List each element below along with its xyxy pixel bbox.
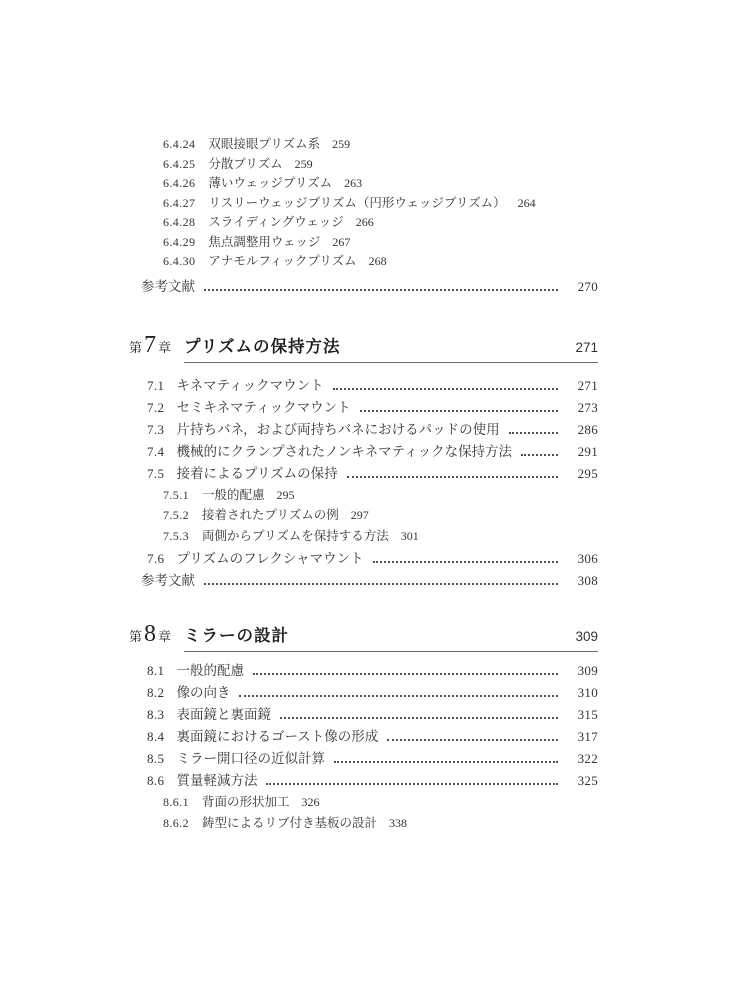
toc-section-number: 8.5 bbox=[147, 748, 164, 770]
toc-section-title: 像の向き bbox=[176, 682, 230, 704]
toc-section-row: 7.1 キネマティックマウント 271 bbox=[129, 375, 598, 397]
dotted-leader bbox=[271, 704, 568, 726]
chapter-page: 309 bbox=[575, 629, 598, 644]
toc-section-title: 接着によるプリズムの保持 bbox=[176, 463, 337, 485]
toc-section-row: 8.1 一般的配慮 309 bbox=[129, 660, 598, 682]
toc-subsection-number: 8.6.2 bbox=[163, 813, 189, 834]
toc-subsection-row: 7.5.2 接着されたプリズムの例 297 bbox=[129, 505, 598, 526]
toc-section-title: 片持ちバネ，および両持ちバネにおけるパッドの使用 bbox=[176, 419, 499, 441]
toc-subsection-page: 263 bbox=[344, 174, 362, 194]
toc-references-page: 308 bbox=[568, 570, 598, 592]
toc-section-number: 8.2 bbox=[147, 682, 164, 704]
toc-subsection-number: 6.4.28 bbox=[163, 213, 195, 233]
toc-section-row: 7.6 プリズムのフレクシャマウント 306 bbox=[129, 548, 598, 570]
toc-subsection-row: 8.6.1 背面の形状加工 326 bbox=[129, 792, 598, 813]
toc-section-row: 7.5 接着によるプリズムの保持 295 bbox=[129, 463, 598, 485]
dotted-leader bbox=[195, 570, 568, 592]
toc-subsection-title: リスリーウェッジプリズム（円形ウェッジプリズム） bbox=[208, 194, 505, 214]
toc-section-title: 一般的配慮 bbox=[176, 660, 244, 682]
toc-subsection-title: 分散プリズム bbox=[208, 155, 282, 175]
toc-section-page: 322 bbox=[568, 748, 598, 770]
toc-section-title: ミラー開口径の近似計算 bbox=[176, 748, 325, 770]
toc-section-page: 271 bbox=[568, 375, 598, 397]
toc-subsection-page: 295 bbox=[277, 485, 295, 506]
toc-section-page: 291 bbox=[568, 441, 598, 463]
toc-subsection-row: 7.5.1 一般的配慮 295 bbox=[129, 485, 598, 506]
toc-subsection-number: 7.5.3 bbox=[163, 526, 189, 547]
toc-subsection-row: 6.4.29 焦点調整用ウェッジ 267 bbox=[129, 233, 598, 253]
chapter-title: プリズムの保持方法 bbox=[184, 333, 341, 357]
toc-section-page: 306 bbox=[568, 548, 598, 570]
toc-section-number: 7.1 bbox=[147, 375, 164, 397]
toc-subsection-page: 301 bbox=[401, 526, 419, 547]
toc-subsection-page: 268 bbox=[369, 252, 387, 272]
toc-subsection-number: 6.4.29 bbox=[163, 233, 195, 253]
toc-section-number: 7.6 bbox=[147, 548, 164, 570]
toc-subsection-title: アナモルフィックプリズム bbox=[208, 252, 356, 272]
chapter-marker-pre: 第 bbox=[129, 626, 142, 645]
toc-section-row: 8.6 質量軽減方法 325 bbox=[129, 770, 598, 792]
toc-subsection-row: 6.4.27 リスリーウェッジプリズム（円形ウェッジプリズム） 264 bbox=[129, 194, 598, 214]
toc-section-title: キネマティックマウント bbox=[176, 375, 323, 397]
toc-subsection-title: 背面の形状加工 bbox=[202, 792, 290, 813]
toc-section-row: 8.5 ミラー開口径の近似計算 322 bbox=[129, 748, 598, 770]
toc-section-title: 機械的にクランプされたノンキネマティックな保持方法 bbox=[176, 441, 512, 463]
chapter-marker-post: 章 bbox=[158, 626, 171, 645]
toc-references-page: 270 bbox=[568, 276, 598, 298]
toc-section-page: 317 bbox=[568, 726, 598, 748]
dotted-leader bbox=[378, 726, 568, 748]
chapter-number: 7 bbox=[144, 330, 156, 360]
toc-subsection-number: 6.4.26 bbox=[163, 174, 195, 194]
toc-section-number: 8.6 bbox=[147, 770, 164, 792]
dotted-leader bbox=[500, 419, 568, 441]
dotted-leader bbox=[244, 660, 568, 682]
toc-section-row: 7.4 機械的にクランプされたノンキネマティックな保持方法 291 bbox=[129, 441, 598, 463]
toc-subsection-title: 双眼接眼プリズム系 bbox=[208, 135, 320, 155]
toc-section-title: プリズムのフレクシャマウント bbox=[176, 548, 363, 570]
toc-section-number: 8.3 bbox=[147, 704, 164, 726]
chapter-number: 8 bbox=[144, 619, 156, 649]
dotted-leader bbox=[324, 375, 568, 397]
toc-subsection-title: スライディングウェッジ bbox=[208, 213, 343, 233]
toc-section-row: 8.2 像の向き 310 bbox=[129, 682, 598, 704]
toc-subsection-title: 一般的配慮 bbox=[202, 485, 265, 506]
toc-section-title: 裏面鏡におけるゴースト像の形成 bbox=[176, 726, 378, 748]
toc-subsection-title: 接着されたプリズムの例 bbox=[202, 505, 339, 526]
toc-subsection-page: 267 bbox=[332, 233, 350, 253]
toc-section-row: 8.4 裏面鏡におけるゴースト像の形成 317 bbox=[129, 726, 598, 748]
toc-section-page: 295 bbox=[568, 463, 598, 485]
chapter-heading: 第 8 章 ミラーの設計 309 bbox=[129, 619, 598, 652]
toc-subsection-page: 259 bbox=[332, 135, 350, 155]
toc-section-title: 表面鏡と裏面鏡 bbox=[176, 704, 271, 726]
toc-subsection-title: 鋳型によるリブ付き基板の設計 bbox=[202, 813, 377, 834]
toc-section-page: 273 bbox=[568, 397, 598, 419]
toc-subsection-number: 6.4.27 bbox=[163, 194, 195, 214]
dotted-leader bbox=[364, 548, 568, 570]
toc-section-page: 315 bbox=[568, 704, 598, 726]
toc-subsection-number: 6.4.30 bbox=[163, 252, 195, 272]
toc-section-page: 325 bbox=[568, 770, 598, 792]
chapter-marker-pre: 第 bbox=[129, 337, 142, 356]
toc-section-page: 286 bbox=[568, 419, 598, 441]
toc-section-number: 7.4 bbox=[147, 441, 164, 463]
dotted-leader bbox=[257, 770, 568, 792]
toc-column: 6.4.24 双眼接眼プリズム系 259 6.4.25 分散プリズム 259 6… bbox=[129, 0, 598, 833]
dotted-leader bbox=[325, 748, 568, 770]
chapter-page: 271 bbox=[575, 340, 598, 355]
toc-subsection-row: 6.4.26 薄いウェッジプリズム 263 bbox=[129, 174, 598, 194]
toc-page: 6.4.24 双眼接眼プリズム系 259 6.4.25 分散プリズム 259 6… bbox=[0, 0, 730, 1000]
toc-references-row: 参考文献 270 bbox=[129, 276, 598, 298]
toc-subsection-number: 7.5.2 bbox=[163, 505, 189, 526]
chapter-title-rule: ミラーの設計 309 bbox=[184, 622, 598, 652]
toc-section-row: 7.3 片持ちバネ，および両持ちバネにおけるパッドの使用 286 bbox=[129, 419, 598, 441]
toc-subsection-page: 264 bbox=[518, 194, 536, 214]
dotted-leader bbox=[512, 441, 568, 463]
toc-subsection-row: 6.4.25 分散プリズム 259 bbox=[129, 155, 598, 175]
toc-section-page: 309 bbox=[568, 660, 598, 682]
toc-subsection-row: 6.4.28 スライディングウェッジ 266 bbox=[129, 213, 598, 233]
toc-subsection-row: 6.4.30 アナモルフィックプリズム 268 bbox=[129, 252, 598, 272]
toc-section-title: セミキネマティックマウント bbox=[176, 397, 350, 419]
dotted-leader bbox=[338, 463, 568, 485]
dotted-leader bbox=[195, 276, 568, 298]
toc-subsection-row: 7.5.3 両側からプリズムを保持する方法 301 bbox=[129, 526, 598, 547]
toc-references-row: 参考文献 308 bbox=[129, 570, 598, 592]
chapter-title: ミラーの設計 bbox=[184, 622, 289, 646]
toc-subsection-page: 266 bbox=[356, 213, 374, 233]
dotted-leader bbox=[230, 682, 568, 704]
toc-section-number: 8.4 bbox=[147, 726, 164, 748]
toc-section-row: 7.2 セミキネマティックマウント 273 bbox=[129, 397, 598, 419]
toc-subsection-title: 焦点調整用ウェッジ bbox=[208, 233, 320, 253]
chapter-heading: 第 7 章 プリズムの保持方法 271 bbox=[129, 330, 598, 363]
toc-section-row: 8.3 表面鏡と裏面鏡 315 bbox=[129, 704, 598, 726]
chapter-title-rule: プリズムの保持方法 271 bbox=[184, 333, 598, 363]
toc-section-number: 7.3 bbox=[147, 419, 164, 441]
toc-section-page: 310 bbox=[568, 682, 598, 704]
toc-subsection-page: 338 bbox=[389, 813, 407, 834]
dotted-leader bbox=[351, 397, 568, 419]
toc-subsection-row: 8.6.2 鋳型によるリブ付き基板の設計 338 bbox=[129, 813, 598, 834]
toc-subsection-row: 6.4.24 双眼接眼プリズム系 259 bbox=[129, 135, 598, 155]
toc-references-label: 参考文献 bbox=[141, 570, 195, 592]
toc-subsection-page: 297 bbox=[351, 505, 369, 526]
toc-subsection-number: 8.6.1 bbox=[163, 792, 189, 813]
toc-section-title: 質量軽減方法 bbox=[176, 770, 257, 792]
toc-subsection-title: 薄いウェッジプリズム bbox=[208, 174, 332, 194]
toc-section-number: 8.1 bbox=[147, 660, 164, 682]
toc-subsection-number: 6.4.24 bbox=[163, 135, 195, 155]
toc-section-number: 7.2 bbox=[147, 397, 164, 419]
toc-subsection-number: 7.5.1 bbox=[163, 485, 189, 506]
toc-subsection-page: 326 bbox=[302, 792, 320, 813]
chapter-marker-post: 章 bbox=[158, 337, 171, 356]
toc-subsection-number: 6.4.25 bbox=[163, 155, 195, 175]
toc-subsection-title: 両側からプリズムを保持する方法 bbox=[202, 526, 389, 547]
toc-references-label: 参考文献 bbox=[141, 276, 195, 298]
toc-section-number: 7.5 bbox=[147, 463, 164, 485]
toc-subsection-page: 259 bbox=[295, 155, 313, 175]
